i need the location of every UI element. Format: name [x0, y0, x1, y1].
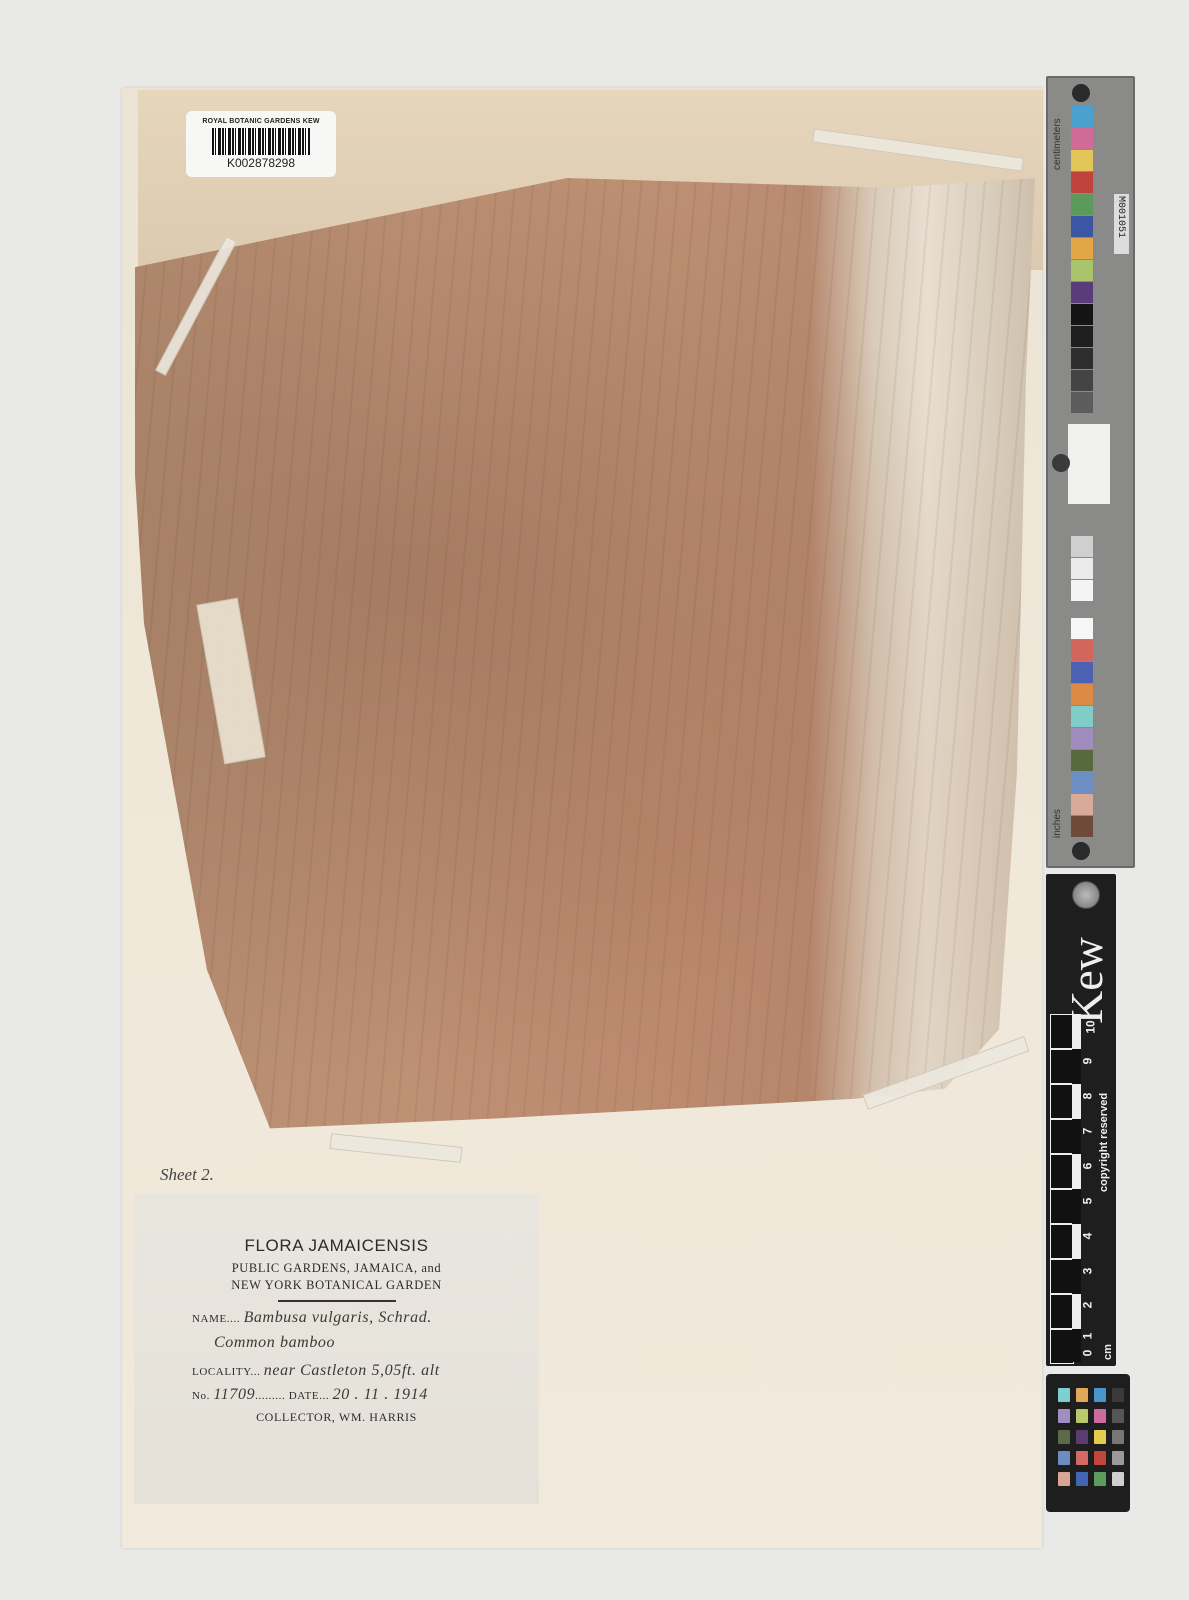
checker-cell [1058, 1430, 1070, 1444]
checker-cell [1058, 1388, 1070, 1402]
swatch [1071, 238, 1093, 259]
checker-cell [1058, 1472, 1070, 1486]
checker-cell [1112, 1388, 1124, 1402]
scale-number: 3 [1080, 1268, 1094, 1275]
swatch [1071, 282, 1093, 303]
swatch [1071, 794, 1093, 815]
color-calibration-card: centimeters inches M001051 [1046, 76, 1135, 868]
locality-field-label: LOCALITY [192, 1366, 250, 1378]
swatch [1071, 640, 1093, 661]
label-title: FLORA JAMAICENSIS [134, 1236, 539, 1256]
number-field-value: 11709 [213, 1386, 255, 1403]
checker-cell [1112, 1472, 1124, 1486]
swatch [1071, 558, 1093, 579]
swatch [1071, 662, 1093, 683]
scale-ruler-alt [1072, 1014, 1081, 1362]
scale-number: 10 [1084, 1020, 1098, 1033]
checker-cell [1076, 1388, 1088, 1402]
barcode-icon [212, 128, 310, 155]
swatch [1071, 348, 1093, 369]
swatch [1071, 392, 1093, 413]
barcode-label: ROYAL BOTANIC GARDENS KEW K002878298 [186, 111, 336, 177]
checker-cell [1076, 1430, 1088, 1444]
swatch [1071, 728, 1093, 749]
common-name-value: Common bamboo [214, 1334, 335, 1351]
swatch [1071, 304, 1093, 325]
collector: COLLECTOR, WM. HARRIS [134, 1410, 539, 1425]
swatch [1071, 536, 1093, 557]
swatch [1071, 370, 1093, 391]
checker-cell [1094, 1430, 1106, 1444]
scale-number: 1 [1080, 1333, 1094, 1340]
scale-number: 9 [1080, 1058, 1094, 1065]
swatch [1071, 618, 1093, 639]
scale-number: 2 [1080, 1302, 1094, 1309]
checker-cell [1076, 1451, 1088, 1465]
registration-dot [1052, 454, 1070, 472]
scale-number: 0 [1080, 1350, 1094, 1357]
swatch [1071, 772, 1093, 793]
scale-number: 8 [1080, 1093, 1094, 1100]
checker-cell [1094, 1472, 1106, 1486]
herbarium-label: FLORA JAMAICENSIS PUBLIC GARDENS, JAMAIC… [134, 1194, 539, 1504]
scale-number: 6 [1080, 1163, 1094, 1170]
barcode-organization: ROYAL BOTANIC GARDENS KEW [186, 118, 336, 125]
registration-dot [1072, 842, 1090, 860]
swatch [1071, 684, 1093, 705]
checker-cell [1094, 1388, 1106, 1402]
scale-number: 4 [1080, 1233, 1094, 1240]
inches-label: inches [1052, 809, 1063, 838]
scale-ruler [1050, 1014, 1074, 1364]
swatch [1071, 326, 1093, 347]
checker-cell [1094, 1409, 1106, 1423]
checker-cell [1094, 1451, 1106, 1465]
checker-cell [1112, 1430, 1124, 1444]
label-subtitle-1: PUBLIC GARDENS, JAMAICA, and [134, 1260, 539, 1277]
swatch [1071, 706, 1093, 727]
sheet-annotation: Sheet 2. [160, 1165, 214, 1185]
name-field-label: NAME [192, 1313, 227, 1325]
card-id-tag: M001051 [1114, 194, 1129, 254]
checker-cell [1076, 1472, 1088, 1486]
barcode-number: K002878298 [186, 156, 336, 170]
swatch [1071, 106, 1093, 127]
swatch [1071, 216, 1093, 237]
scale-number: 5 [1080, 1198, 1094, 1205]
swatch [1071, 260, 1093, 281]
number-field-label: No. [192, 1390, 210, 1402]
name-field-value: Bambusa vulgaris, Schrad. [244, 1309, 432, 1326]
checker-cell [1112, 1451, 1124, 1465]
date-field-value: 20 . 11 . 1914 [333, 1386, 428, 1403]
checker-cell [1076, 1409, 1088, 1423]
swatch [1071, 580, 1093, 601]
card-id: M001051 [1115, 196, 1126, 238]
swatch [1071, 194, 1093, 215]
kew-logo: Kew [1060, 937, 1113, 1024]
label-subtitle-2: NEW YORK BOTANICAL GARDEN [134, 1277, 539, 1294]
date-field-label: DATE [289, 1390, 320, 1402]
copyright-notice: copyright reserved [1098, 1093, 1110, 1192]
scale-unit: cm [1102, 1344, 1114, 1360]
label-divider [278, 1300, 396, 1302]
locality-field-value: near Castleton 5,05ft. alt [264, 1362, 440, 1379]
checker-cell [1058, 1451, 1070, 1465]
swatch [1071, 750, 1093, 771]
color-checker-card [1046, 1374, 1130, 1512]
swatch [1071, 128, 1093, 149]
registration-dot [1072, 84, 1090, 102]
kew-scale-bar: Kew copyright reserved 10 9 8 7 6 5 4 3 … [1046, 874, 1116, 1366]
centimeters-label: centimeters [1052, 118, 1063, 170]
checker-cell [1058, 1409, 1070, 1423]
crest-icon [1072, 880, 1100, 910]
leaf-sheath-specimen [135, 178, 1035, 1168]
scale-number: 7 [1080, 1128, 1094, 1135]
checker-cell [1112, 1409, 1124, 1423]
swatch [1071, 816, 1093, 837]
resolution-target [1068, 424, 1110, 504]
swatch [1071, 150, 1093, 171]
swatch [1071, 172, 1093, 193]
